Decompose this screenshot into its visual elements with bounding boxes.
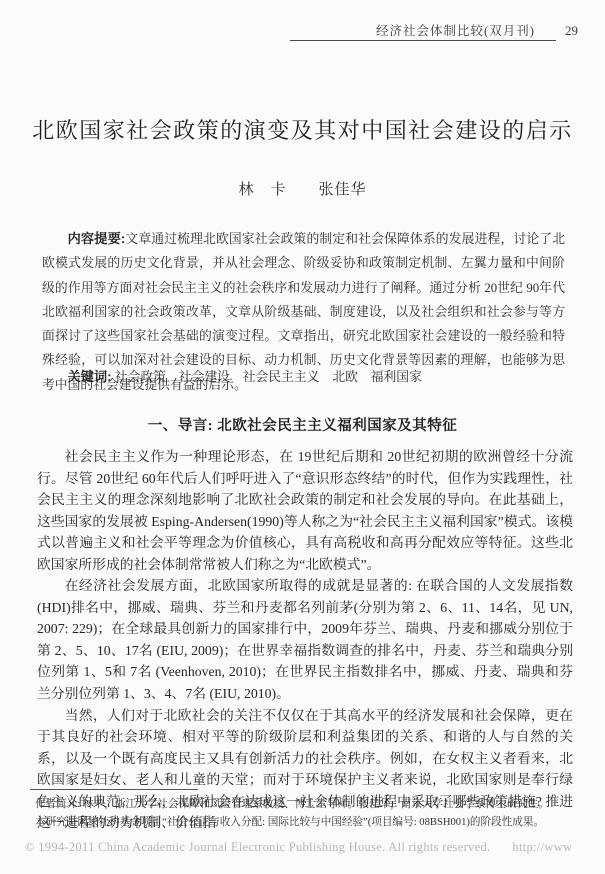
footnote-funding: 本研究是国家社科基金项目“社会公正与收入分配: 国际比较与中国经验”(项目编号:…	[35, 814, 580, 832]
keywords-text: 社会政策 社会建设 社会民主主义 北欧 福利国家	[115, 370, 422, 384]
footnote-divider	[30, 789, 198, 790]
article-title: 北欧国家社会政策的演变及其对中国社会建设的启示	[0, 114, 605, 145]
header-rule	[290, 40, 556, 41]
journal-name: 经济社会体制比较(双月刊)	[376, 24, 535, 38]
body-text: 社会民主主义作为一种理论形态，在 19世纪后期和 20世纪初期的欧洲曾经十分流行…	[37, 446, 573, 834]
keywords-label: 关键词:	[68, 369, 112, 384]
section-heading: 一、导言: 北欧社会民主主义福利国家及其特征	[0, 414, 605, 435]
page-number: 29	[565, 23, 578, 39]
copyright-notice: © 1994-2011 China Academic Journal Elect…	[25, 840, 605, 855]
footnote-block: 作者简介: 林卡，浙江大学社会保障和风险管理系教授、博士生导师。张佳华，南京大学…	[35, 796, 580, 832]
journal-page: 经济社会体制比较(双月刊) 29 北欧国家社会政策的演变及其对中国社会建设的启示…	[0, 0, 605, 874]
abstract-label: 内容提要:	[68, 231, 126, 246]
keywords-line: 关键词: 社会政策 社会建设 社会民主主义 北欧 福利国家	[42, 366, 565, 385]
body-paragraph-1: 社会民主主义作为一种理论形态，在 19世纪后期和 20世纪初期的欧洲曾经十分流行…	[37, 446, 573, 575]
copyright-text: © 1994-2011 China Academic Journal Elect…	[25, 840, 490, 854]
footnote-author-bio: 作者简介: 林卡，浙江大学社会保障和风险管理系教授、博士生导师。张佳华，南京大学…	[35, 796, 580, 814]
running-head: 经济社会体制比较(双月刊) 29	[0, 21, 578, 39]
authors: 林 卡 张佳华	[0, 178, 605, 199]
body-paragraph-2: 在经济社会发展方面，北欧国家所取得的成就是显著的: 在联合国的人文发展指数 (H…	[37, 575, 573, 704]
copyright-url: http://www	[512, 840, 572, 854]
